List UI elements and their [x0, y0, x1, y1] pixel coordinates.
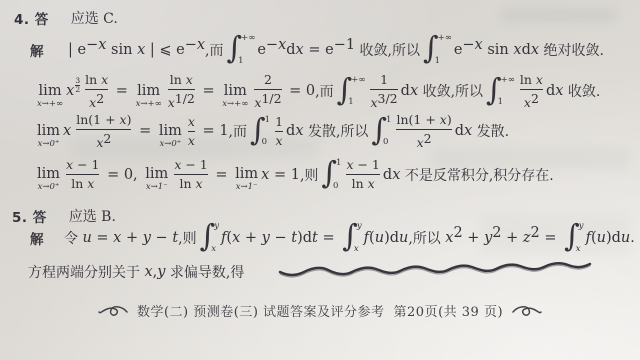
photographed-answer-book-page: 4. 答应选 C. 解| e−x sin x | ⩽ e−x,而∫+∞1e−xd…	[0, 0, 640, 360]
footer-page-number: 第20页(共 39 页)	[394, 301, 504, 320]
ink-bleed-through-smudge	[500, 8, 618, 22]
solution-4-step-2: limx→+∞x32ln xx2 = limx→+∞ln xx1/2 = lim…	[34, 73, 600, 110]
footer-swirl-ornament-left-icon	[98, 304, 128, 318]
wavy-underline-pen-mark	[276, 255, 598, 285]
solution-5-step-2: 方程两端分别关于 x,y 求偏导数,得	[28, 262, 244, 282]
answer-line-4: 4. 答应选 C.	[14, 8, 118, 28]
footer-swirl-ornament-right-icon	[512, 304, 542, 318]
solution-4-step-3: limx→0⁺xln(1 + x)x2 = limx→0⁺xx = 1,而∫10…	[34, 113, 509, 150]
solution-4-step-1: 解| e−x sin x | ⩽ e−x,而∫+∞1e−xdx = e−1 收敛…	[30, 33, 604, 66]
solution-5-step-1: 解令 u = x + y − t,则∫yxf(x + y − t)dt = ∫y…	[30, 221, 635, 254]
solution-4-step-4: limx→0⁺x − 1ln x = 0, limx→1⁻x − 1ln x =…	[34, 158, 554, 191]
page-footer: 数学(二) 预测卷(三) 试题答案及评分参考 第20页(共 39 页)	[0, 301, 640, 320]
footer-title: 数学(二) 预测卷(三) 试题答案及评分参考	[137, 301, 385, 320]
